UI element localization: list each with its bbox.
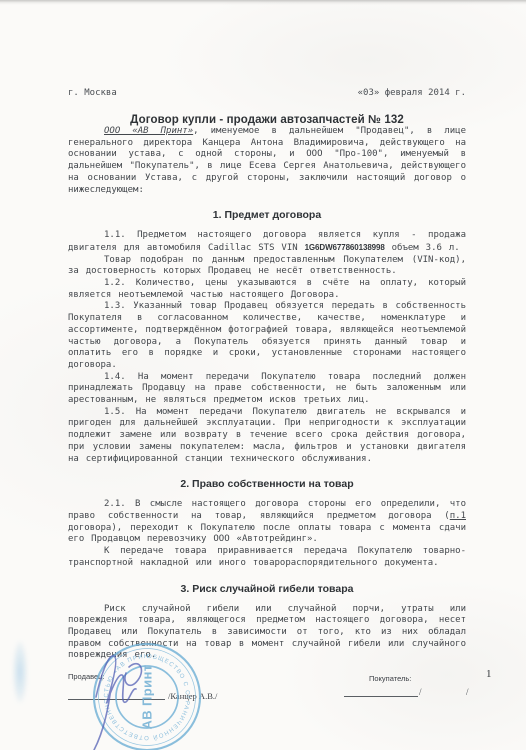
doc-city: г. Москва bbox=[68, 88, 117, 99]
vin-number: 1G6DW677860138998 bbox=[305, 243, 385, 252]
buyer-slash-2: / bbox=[466, 687, 469, 697]
clause-1-2: 1.2. Количество, цены указываются в счёт… bbox=[68, 278, 466, 301]
clause-2-1-text: 2.1. В смысле настоящего договора сторон… bbox=[68, 499, 466, 521]
clause-1-3: 1.3. Указанный товар Продавец обязуется … bbox=[68, 301, 466, 371]
doc-date: «03» февраля 2014 г. bbox=[358, 88, 466, 99]
document-header-row: г. Москва «03» февраля 2014 г. bbox=[68, 88, 466, 99]
scan-artifact-left-stamp-ghost bbox=[13, 641, 27, 703]
page-number: 1 bbox=[486, 668, 492, 680]
scan-artifact-top bbox=[0, 0, 526, 5]
preamble-text: , именуемое в дальнейшем "Продавец", в л… bbox=[68, 126, 466, 195]
clause-2-1-tail: договора), переходит к Покупателю после … bbox=[68, 523, 466, 545]
buyer-label: Покупатель: bbox=[369, 674, 411, 683]
doc-title: Договор купли - продажи автозапчастей № … bbox=[68, 114, 466, 126]
clause-1-1-tail: объем 3.6 л. bbox=[385, 243, 460, 253]
clause-1-1: 1.1. Предметом настоящего договора являе… bbox=[68, 230, 466, 254]
signature-ink bbox=[80, 645, 220, 750]
section-1-heading: 1. Предмет договора bbox=[68, 209, 466, 221]
section-2-heading: 2. Право собственности на товар bbox=[68, 478, 466, 490]
clause-1-5: 1.5. На момент передачи Покупателю двига… bbox=[68, 407, 466, 466]
buyer-signature-line bbox=[344, 696, 418, 697]
document-content: г. Москва «03» февраля 2014 г. Договор к… bbox=[68, 88, 466, 662]
clause-2-1: 2.1. В смысле настоящего договора сторон… bbox=[68, 499, 466, 546]
clause-1-4: 1.4. На момент передачи Покупателю товар… bbox=[68, 372, 466, 407]
scanned-contract-page: г. Москва «03» февраля 2014 г. Договор к… bbox=[0, 0, 526, 750]
buyer-slash-1: / bbox=[419, 687, 422, 697]
seller-company-name: ООО «АВ Принт» bbox=[104, 126, 193, 136]
section-3-heading: 3. Риск случайной гибели товара bbox=[68, 583, 466, 595]
preamble-paragraph: ООО «АВ Принт», именуемое в дальнейшем "… bbox=[68, 126, 466, 196]
clause-2-2: К передаче товара приравнивается передач… bbox=[68, 546, 466, 569]
clause-reference-p1: п.1 bbox=[450, 511, 466, 521]
signature-stroke bbox=[94, 656, 141, 750]
clause-1-1-note: Товар подобран по данным предоставленным… bbox=[68, 255, 466, 278]
